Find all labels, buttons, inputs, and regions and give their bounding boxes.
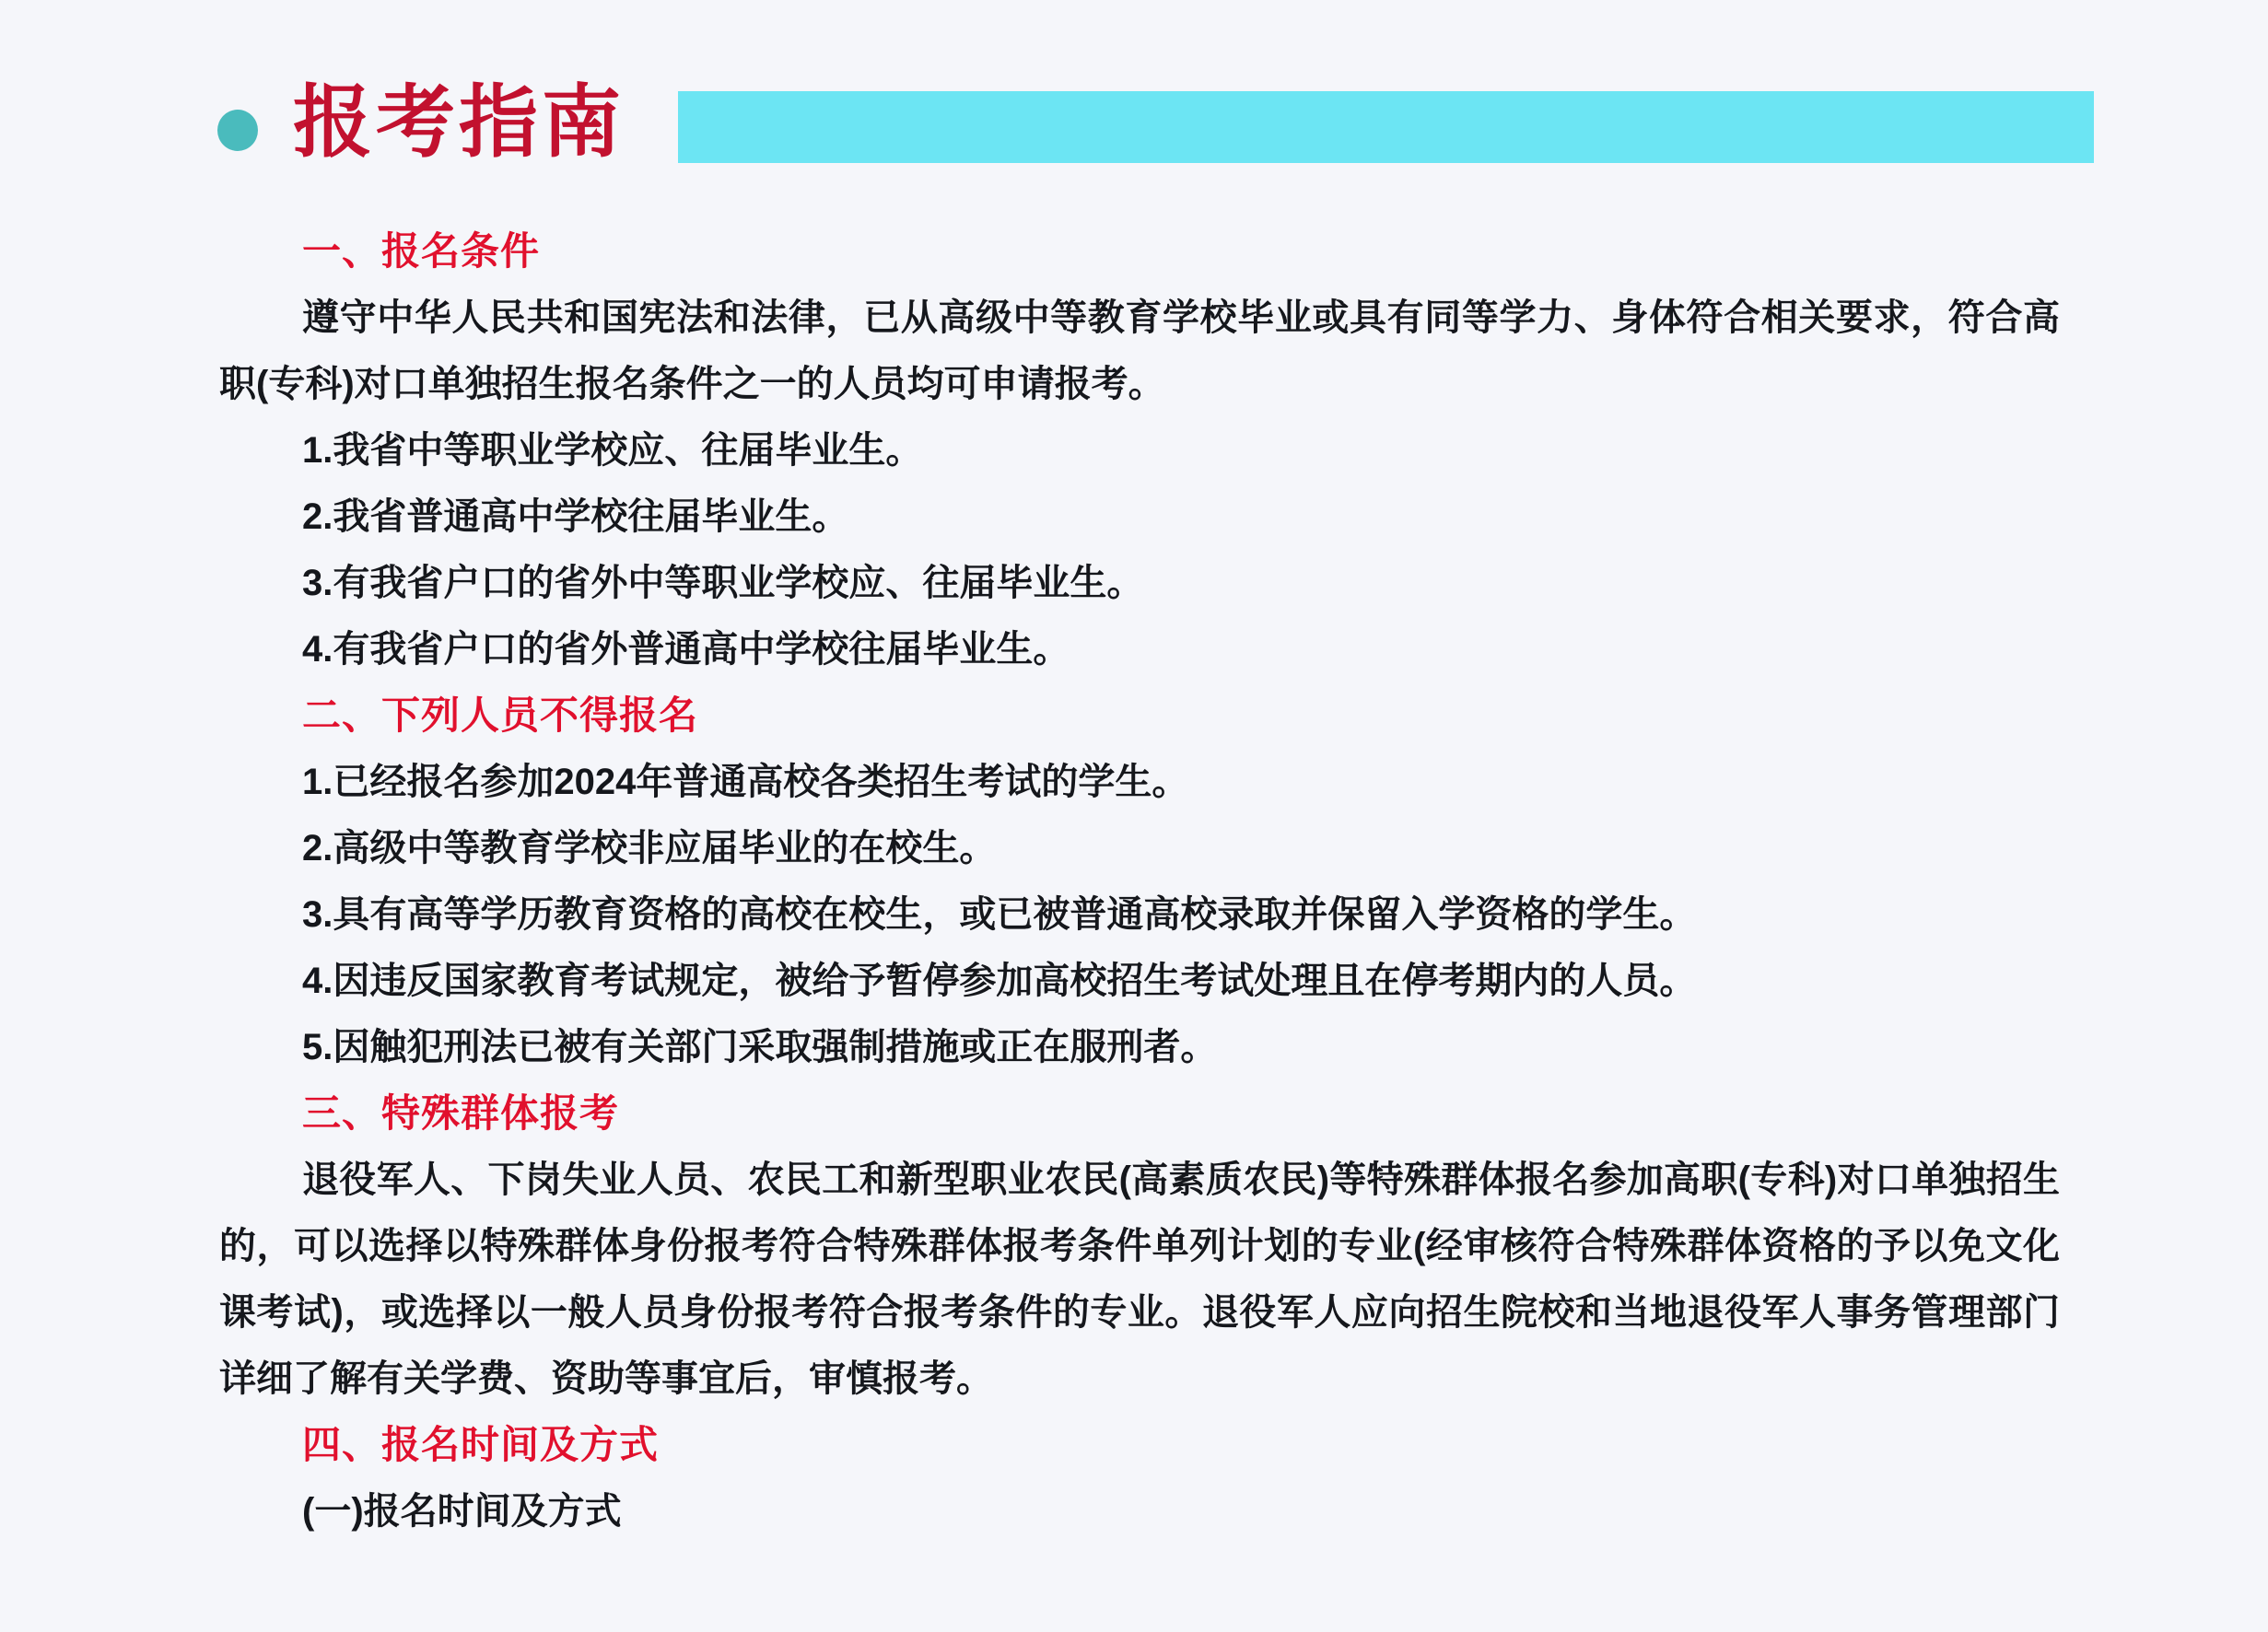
list-item: (一)报名时间及方式 [219,1478,2060,1545]
list-item: 1.我省中等职业学校应、往届毕业生。 [219,417,2060,484]
list-item: 4.因违反国家教育考试规定，被给予暂停参加高校招生考试处理且在停考期内的人员。 [219,948,2060,1014]
paragraph: 退役军人、下岗失业人员、农民工和新型职业农民(高素质农民)等特殊群体报名参加高职… [219,1147,2060,1412]
title-accent-bar [678,91,2094,163]
list-item: 1.已经报名参加2024年普通高校各类招生考试的学生。 [219,749,2060,815]
list-item: 3.具有高等学历教育资格的高校在校生，或已被普通高校录取并保留入学资格的学生。 [219,881,2060,948]
guide-content: 一、报名条件遵守中华人民共和国宪法和法律，已从高级中等教育学校毕业或具有同等学力… [219,218,2060,1545]
list-item: 3.有我省户口的省外中等职业学校应、往届毕业生。 [219,550,2060,616]
document-page: 报考指南 一、报名条件遵守中华人民共和国宪法和法律，已从高级中等教育学校毕业或具… [0,0,2268,1632]
page-title: 报考指南 [293,79,625,166]
list-item: 2.我省普通高中学校往届毕业生。 [219,484,2060,550]
bullet-dot-icon [217,110,258,151]
paragraph: 遵守中华人民共和国宪法和法律，已从高级中等教育学校毕业或具有同等学力、身体符合相… [219,285,2060,417]
section-heading: 四、报名时间及方式 [219,1412,2060,1478]
section-heading: 二、下列人员不得报名 [219,682,2060,749]
list-item: 2.高级中等教育学校非应届毕业的在校生。 [219,815,2060,881]
section-heading: 一、报名条件 [219,218,2060,285]
list-item: 5.因触犯刑法已被有关部门采取强制措施或正在服刑者。 [219,1014,2060,1080]
list-item: 4.有我省户口的省外普通高中学校往届毕业生。 [219,616,2060,682]
section-heading: 三、特殊群体报考 [219,1080,2060,1147]
